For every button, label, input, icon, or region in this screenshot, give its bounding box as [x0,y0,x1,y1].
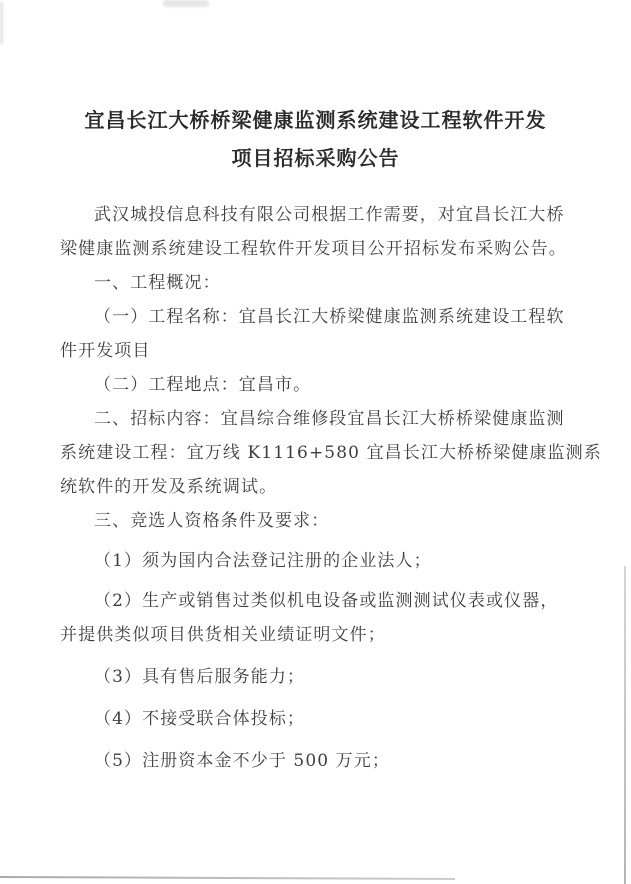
doc-line-section-2: 二、招标内容：宜昌综合维修段宜昌长江大桥桥梁健康监测 [60,402,575,436]
doc-line-intro-2: 梁健康监测系统建设工程软件开发项目公开招标发布采购公告。 [60,232,575,266]
document-body: 武汉城投信息科技有限公司根据工作需要，对宜昌长江大桥 梁健康监测系统建设工程软件… [0,198,631,778]
document-title-line-1: 宜昌长江大桥桥梁健康监测系统建设工程软件开发 [0,101,631,139]
doc-line-section-1: 一、工程概况： [60,266,575,300]
document-title-line-2: 项目招标采购公告 [0,139,631,177]
doc-line-requirement-2b: 并提供类似项目供货相关业绩证明文件； [60,618,575,652]
doc-line-requirement-1a: （1）须为国内合法登记注册的企业法人； [60,544,575,578]
doc-line-section-3: 三、竞选人资格条件及要求： [60,504,575,538]
doc-line-requirement-5: （5）注册资本金不少于 500 万元； [60,744,575,778]
doc-line-project-name-1: （一）工程名称：宜昌长江大桥梁健康监测系统建设工程软 [60,300,575,334]
document-title: 宜昌长江大桥桥梁健康监测系统建设工程软件开发 项目招标采购公告 [0,0,631,177]
doc-line-tender-content-2: 系统建设工程：宜万线 K1116+580 宜昌长江大桥桥梁健康监测系 [60,436,575,470]
doc-line-requirement-2a: （2）生产或销售过类似机电设备或监测测试仪表或仪器， [60,584,575,618]
scanned-document-page: 宜昌长江大桥桥梁健康监测系统建设工程软件开发 项目招标采购公告 武汉城投信息科技… [0,0,631,884]
doc-line-intro-1: 武汉城投信息科技有限公司根据工作需要，对宜昌长江大桥 [60,198,575,232]
doc-line-requirement-4: （4）不接受联合体投标； [60,702,575,736]
doc-line-requirement-3: （3）具有售后服务能力； [60,660,575,694]
doc-line-project-location: （二）工程地点：宜昌市。 [60,368,575,402]
scan-artifact-bottom-edge [0,876,455,880]
doc-line-project-name-2: 件开发项目 [60,334,575,368]
doc-line-tender-content-3: 统软件的开发及系统调试。 [60,470,575,504]
